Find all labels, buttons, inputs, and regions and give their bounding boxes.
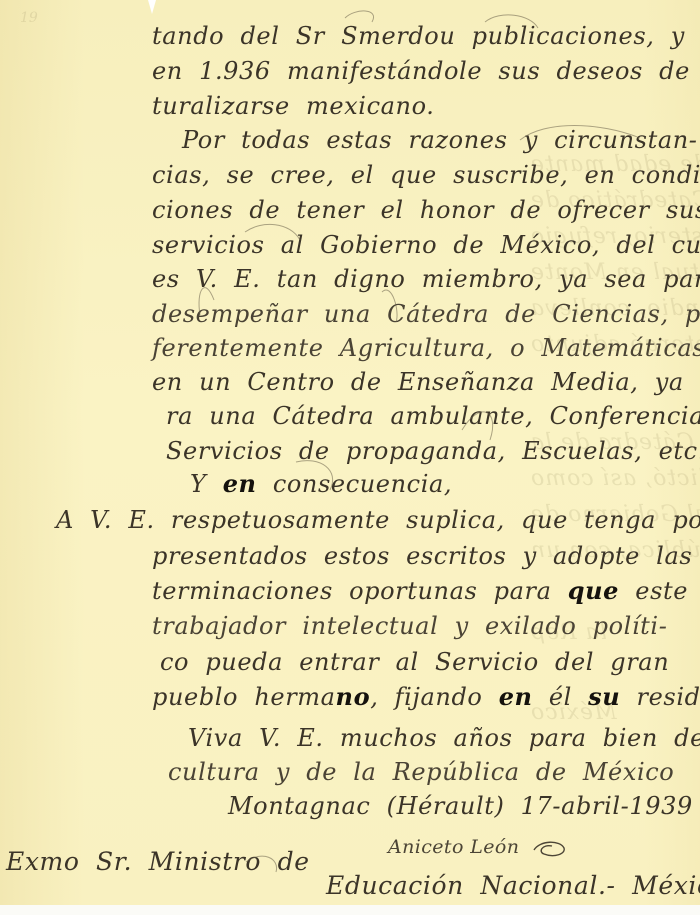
paper-tear [148, 0, 156, 14]
body-line-6: ciones de tener el honor de ofrecer sus [152, 196, 700, 224]
body-line-2: en 1.936 manifestándole sus deseos de na… [152, 57, 700, 85]
signature-flourish-icon [530, 836, 570, 862]
body-line-5: cias, se cree, el que suscribe, en condi… [152, 161, 700, 189]
body-line-12: ra una Cátedra ambulante, Conferencias, [166, 402, 700, 430]
overwritten-word-que: que [568, 576, 619, 605]
body-line-11: en un Centro de Enseñanza Media, ya pa- [152, 368, 700, 396]
body-line-1: tando del Sr Smerdou publicaciones, y [152, 22, 685, 50]
closing-line-2: cultura y de la República de México [168, 758, 674, 786]
addressee-line-1: Exmo Sr. Ministro de [6, 848, 310, 876]
text-segment: él [533, 683, 589, 711]
text-segment: Y [190, 470, 223, 498]
body-line-9: desempeñar una Cátedra de Ciencias, pre- [152, 300, 700, 328]
body-line-3: turalizarse mexicano. [152, 92, 434, 120]
petition-line-4: trabajador intelectual y exilado políti- [152, 612, 667, 640]
petition-line-2: presentados estos escritos y adopte las … [152, 542, 700, 570]
body-line-10: ferentemente Agricultura, o Matemáticas [152, 334, 700, 362]
overwritten-word-en-2: en [499, 682, 533, 711]
text-segment: , fijando [370, 683, 498, 711]
petition-line-1: A V. E. respetuosamente suplica, que ten… [56, 506, 700, 534]
text-segment: este [619, 577, 688, 605]
scan-margin-strip [0, 905, 700, 915]
body-line-7: servicios al Gobierno de México, del cua… [152, 231, 700, 259]
archive-stamp-mark: 19 [20, 10, 38, 26]
petition-line-6: pueblo hermano, fijando en él su residen… [152, 683, 700, 711]
addressee-line-2: Educación Nacional.- México. [326, 872, 700, 900]
petition-line-5: co pueda entrar al Servicio del gran [160, 648, 669, 676]
signature: Aniceto León [388, 836, 519, 858]
overwritten-word-no: no [336, 682, 371, 711]
text-segment: pueblo herma [152, 683, 336, 711]
consequence-line: Y en consecuencia, [190, 470, 452, 498]
text-segment: terminaciones oportunas para [152, 577, 568, 605]
text-segment: residencia. [620, 683, 700, 711]
overwritten-word-su: su [588, 682, 620, 711]
closing-line-1: Viva V. E. muchos años para bien de la [188, 724, 700, 752]
body-line-13: Servicios de propaganda, Escuelas, etc. [166, 437, 700, 465]
text-segment: consecuencia, [257, 470, 453, 498]
body-line-4: Por todas estas razones y circunstan- [182, 126, 698, 154]
letter-page: de edad mante Catedrático de Ministerio,… [0, 0, 700, 905]
place-date: Montagnac (Hérault) 17-abril-1939 [228, 792, 693, 820]
body-line-8: es V. E. tan digno miembro, ya sea para [152, 265, 700, 293]
overwritten-word-en: en [223, 469, 257, 498]
petition-line-3: terminaciones oportunas para que este [152, 577, 688, 605]
